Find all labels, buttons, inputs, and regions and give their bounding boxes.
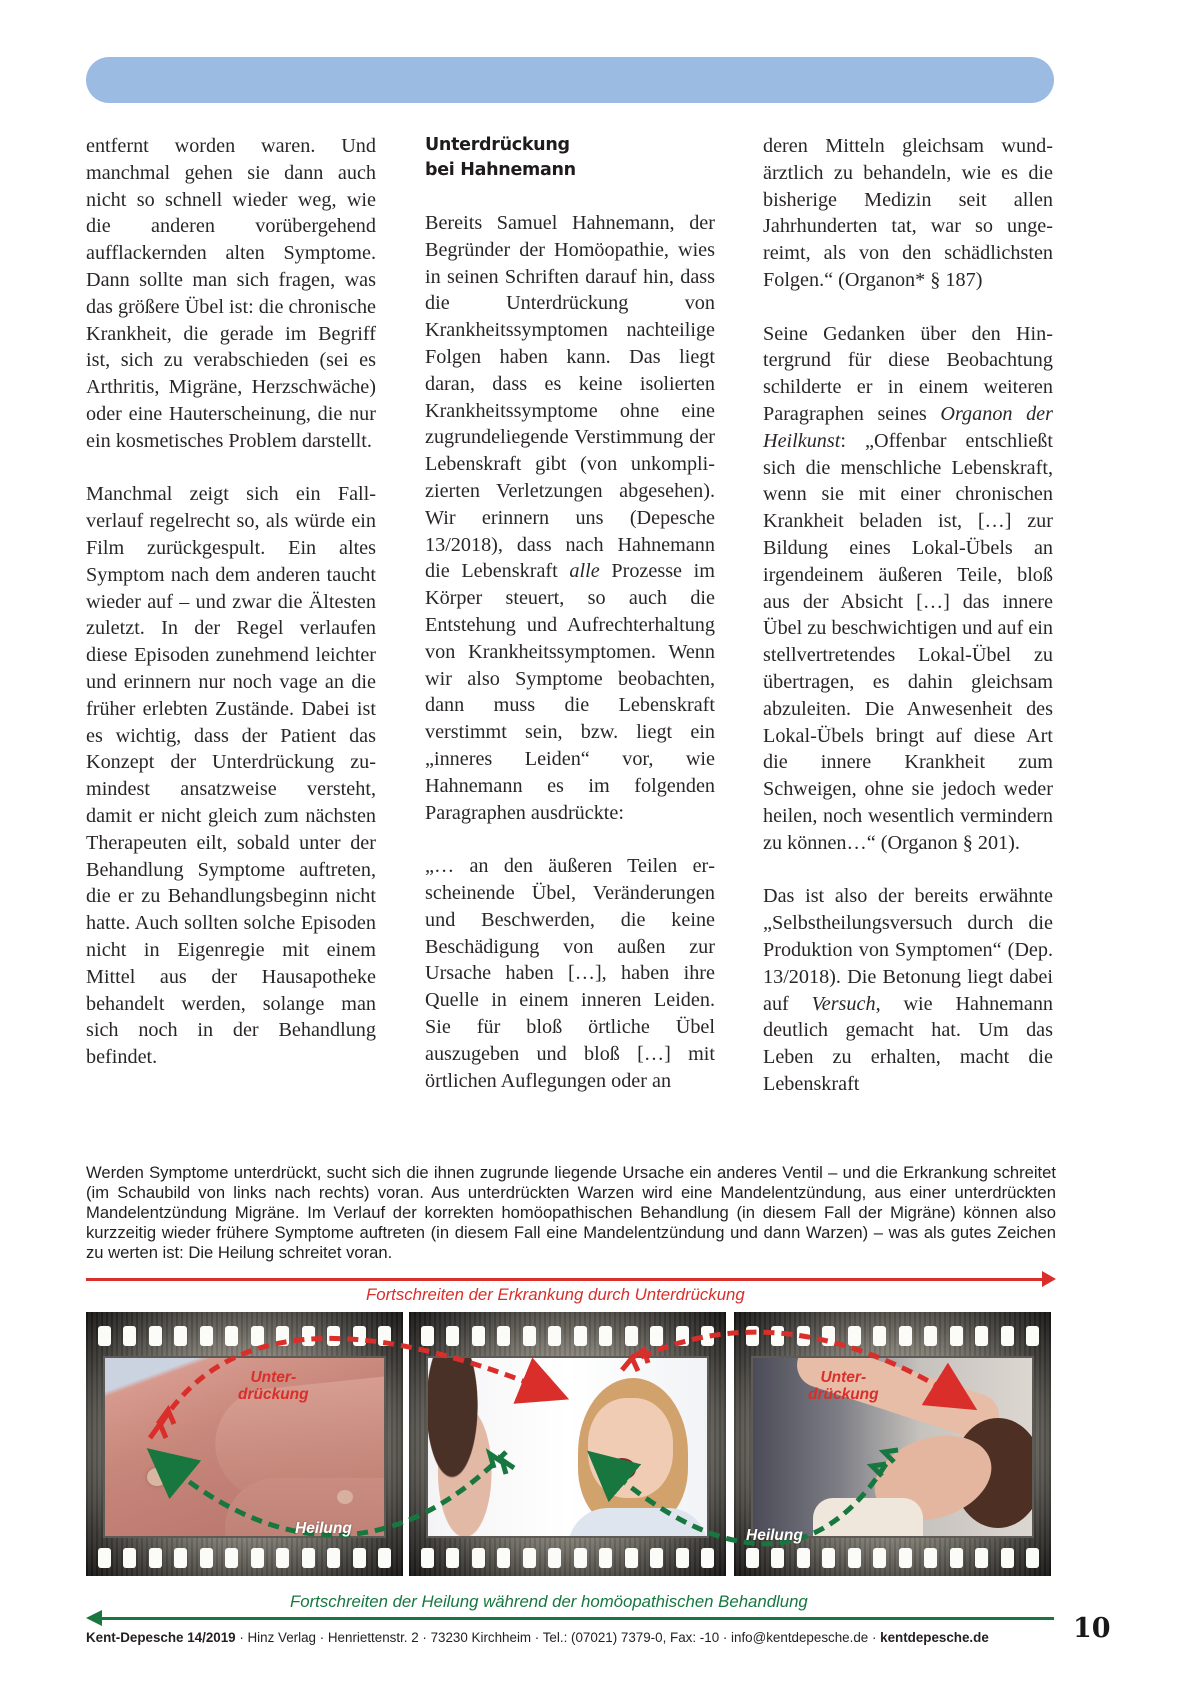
text-column-1: entfernt worden waren. Und manchmal gehe… (86, 133, 376, 1071)
arrow-left-icon (86, 1610, 102, 1626)
photo-child-tonsillitis (426, 1356, 709, 1538)
text-column-2: Unterdrückung bei Hahnemann Bereits Samu… (425, 133, 715, 1094)
arrow-right-icon (1042, 1271, 1056, 1287)
page-number: 10 (1073, 1613, 1111, 1644)
section-heading: Unterdrückung bei Hahnemann (425, 133, 715, 183)
photo-woman-migraine (751, 1356, 1034, 1538)
text-run: Bereits Samuel Hahnemann, der Begründer … (425, 212, 715, 582)
figure-caption: Werden Symptome unterdrückt, sucht sich … (86, 1163, 1056, 1263)
text-run: : „Offenbar entschließt sich die menschl… (763, 430, 1053, 854)
emphasis-text: alle (569, 560, 599, 582)
film-perforations (421, 1326, 714, 1346)
emphasis-text: Versuch (812, 993, 876, 1015)
suppression-label-panel-3: Unter- drückung (808, 1369, 879, 1403)
text-run: Pro­zesse im Körper steuert, so auch die… (425, 560, 715, 823)
disease-progress-label: Fortschreiten der Erkrankung durch Unter… (366, 1285, 745, 1305)
healing-label-panel-1: Heilung (295, 1520, 352, 1537)
healing-progress-arrow-line (102, 1617, 1054, 1620)
header-bar (86, 57, 1054, 103)
suppression-label-panel-1: Unter- drückung (238, 1369, 309, 1403)
paragraph: Das ist also der bereits erwähnte „Selbs… (763, 883, 1053, 1097)
paragraph: Seine Gedanken über den Hin­tergrund für… (763, 321, 1053, 857)
film-perforations (746, 1548, 1039, 1568)
film-perforations (98, 1326, 391, 1346)
paragraph: entfernt worden waren. Und manchmal gehe… (86, 133, 376, 455)
heading-line-2: bei Hahnemann (425, 160, 576, 180)
publication-name: Kent-Depesche 14/2019 (86, 1630, 236, 1645)
quote-paragraph: „… an den äußeren Teilen er­scheinende Ü… (425, 853, 715, 1094)
website-link[interactable]: kentdepesche.de (880, 1630, 989, 1645)
healing-progress-label: Fortschreiten der Heilung während der ho… (290, 1592, 808, 1612)
disease-progress-arrow-line (86, 1278, 1044, 1281)
film-perforations (746, 1326, 1039, 1346)
film-panel-warts (86, 1312, 403, 1576)
film-perforations (98, 1548, 391, 1568)
heading-line-1: Unterdrückung (425, 135, 570, 155)
film-perforations (421, 1548, 714, 1568)
text-column-3: deren Mitteln gleichsam wund­ärztlich zu… (763, 133, 1053, 1098)
film-panel-tonsillitis (409, 1312, 726, 1576)
healing-label-panel-3: Heilung (746, 1527, 803, 1544)
paragraph: Bereits Samuel Hahnemann, der Begründer … (425, 210, 715, 826)
quote-paragraph: deren Mitteln gleichsam wund­ärztlich zu… (763, 133, 1053, 294)
page-footer: Kent-Depesche 14/2019 · Hinz Verlag · He… (86, 1630, 1056, 1645)
publisher-details: · Hinz Verlag · Henriettenstr. 2 · 73230… (236, 1630, 881, 1645)
paragraph: Manchmal zeigt sich ein Fall­verlauf reg… (86, 481, 376, 1071)
